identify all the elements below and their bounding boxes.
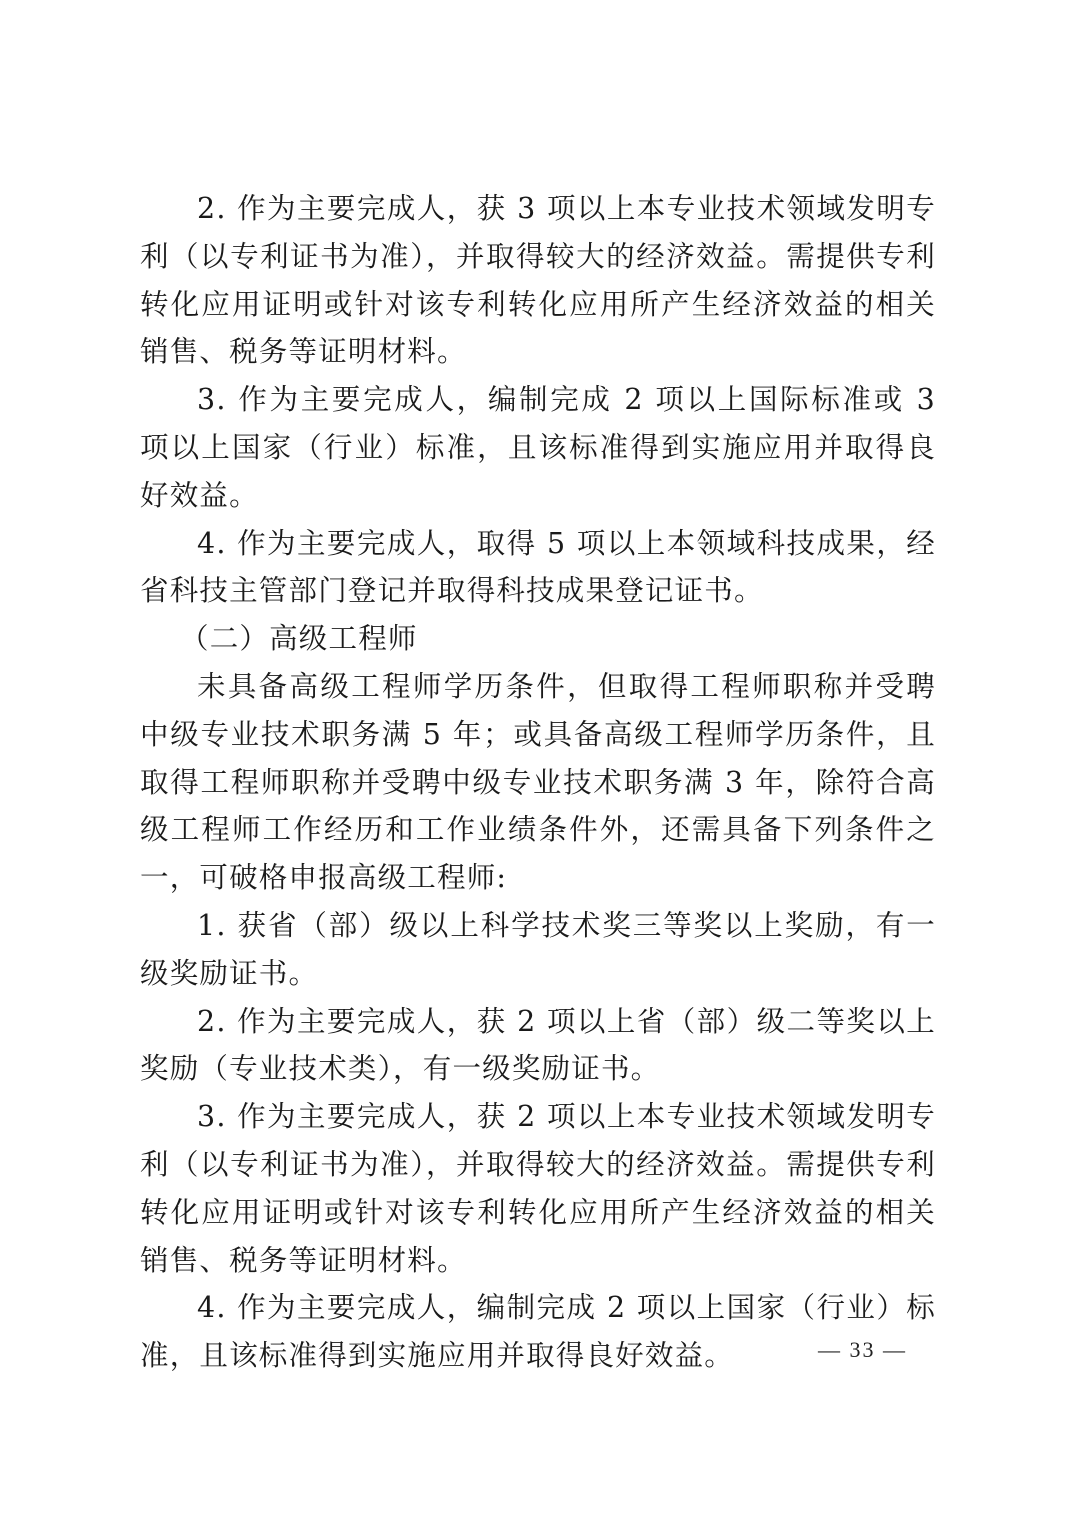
page-number: — 33 — <box>818 1337 907 1363</box>
section-heading-senior-engineer: （二）高级工程师 <box>140 615 936 663</box>
paragraph-engineer-item-4: 4. 作为主要完成人，编制完成 2 项以上国家（行业）标准，且该标准得到实施应用… <box>140 1284 936 1380</box>
paragraph-senior-engineer-intro: 未具备高级工程师学历条件，但取得工程师职称并受聘中级专业技术职务满 5 年；或具… <box>140 663 936 902</box>
paragraph-engineer-item-1: 1. 获省（部）级以上科学技术奖三等奖以上奖励，有一级奖励证书。 <box>140 902 936 998</box>
paragraph-engineer-item-2: 2. 作为主要完成人，获 2 项以上省（部）级二等奖以上奖励（专业技术类），有一… <box>140 998 936 1094</box>
paragraph-engineer-item-3: 3. 作为主要完成人，获 2 项以上本专业技术领域发明专利（以专利证书为准），并… <box>140 1093 936 1284</box>
document-page: 2. 作为主要完成人，获 3 项以上本专业技术领域发明专利（以专利证书为准），并… <box>140 185 936 1380</box>
paragraph-senior-item-4: 4. 作为主要完成人，取得 5 项以上本领域科技成果，经省科技主管部门登记并取得… <box>140 520 936 616</box>
paragraph-senior-item-2: 2. 作为主要完成人，获 3 项以上本专业技术领域发明专利（以专利证书为准），并… <box>140 185 936 376</box>
paragraph-senior-item-3: 3. 作为主要完成人，编制完成 2 项以上国际标准或 3 项以上国家（行业）标准… <box>140 376 936 519</box>
